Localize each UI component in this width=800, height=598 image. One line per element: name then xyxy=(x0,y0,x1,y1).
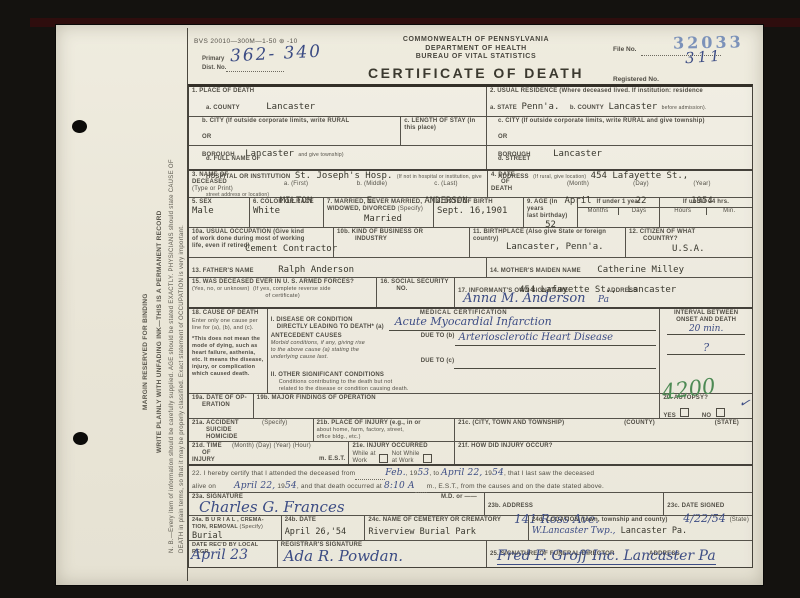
field-ssn: 16. SOCIAL SECURITYNO. xyxy=(376,278,454,307)
field-under-24-hours: If under 24 hrs. Hours Min. xyxy=(659,198,752,227)
row-cause-of-death: 18. CAUSE OF DEATH Enter only one cause … xyxy=(189,307,752,393)
certificate-form: BVS 20010—300M—1-50 ⊛ -10 Primary Dist. … xyxy=(187,28,755,581)
department-line: DEPARTMENT OF HEALTH xyxy=(356,45,596,54)
residence-state-value: Penn'a. xyxy=(521,102,559,112)
bureau-line: BUREAU OF VITAL STATISTICS xyxy=(356,53,596,62)
field-date-of-death: 4. DATEOFDEATH (Month)April (Day)22 (Yea… xyxy=(487,171,752,197)
photographed-death-certificate: MARGIN RESERVED FOR BINDING WRITE PLAINL… xyxy=(0,0,800,598)
field-sex: 5. SEXMale xyxy=(189,198,249,227)
row-parents: 13. FATHER'S NAME Ralph Anderson 14. MOT… xyxy=(189,257,752,277)
field-certify-statement: 22. I hereby certify that I attended the… xyxy=(189,466,752,492)
row-place-residence: 1. PLACE OF DEATH a. COUNTY Lancaster 2.… xyxy=(189,87,752,116)
field-cemetery: 24c. NAME OF CEMETERY OR CREMATORY River… xyxy=(364,516,527,540)
field-cemetery-location: 24d. LOCATION (town, township and county… xyxy=(528,516,752,540)
county-of-death-value: Lancaster xyxy=(266,102,315,112)
margin-write-plainly-note: WRITE PLAINLY WITH UNFADING INK—THIS IS … xyxy=(156,210,164,453)
certificate-paper: MARGIN RESERVED FOR BINDING WRITE PLAINL… xyxy=(56,25,763,585)
primary-dist-number: 362- 340 xyxy=(230,42,323,67)
sex-value: Male xyxy=(192,206,246,216)
field-burial-date: 24b. DATE April 26,'54 xyxy=(281,516,365,540)
field-funeral-director: 25. SIGNATURE OF FUNERAL DIRECTOR ADDRES… xyxy=(486,541,752,567)
occupation-value: Cement Contractor xyxy=(245,244,337,254)
field-place-of-injury: 21b. PLACE OF INJURY (e.g., in orabout h… xyxy=(313,419,455,441)
field-operation-findings: 19b. MAJOR FINDINGS OF OPERATION xyxy=(253,394,660,418)
margin-nb-note-2: DEATH in plain terms, so that it may be … xyxy=(178,225,186,553)
birthplace-value: Lancaster, Penn'a. xyxy=(506,242,604,252)
burial-type-value: Burial xyxy=(192,531,278,541)
field-industry: 10b. KIND OF BUSINESS ORINDUSTRY xyxy=(333,228,469,257)
field-age: 9. AGE (In yearslast birthday) 52 xyxy=(523,198,577,227)
field-physician-signature: 23a. SIGNATURE Charles G. Frances M.D. o… xyxy=(189,493,484,515)
row-hospital-street: d. FULL NAME OFHOSPITAL OR INSTITUTION S… xyxy=(189,145,752,169)
field-city-of-death: b. CITY (If outside corporate limits, wr… xyxy=(189,117,400,145)
field-name-of-deceased: 3. NAME OFDECEASED(Type or Print) a. (Fi… xyxy=(189,171,487,197)
punch-hole-top xyxy=(72,120,87,133)
field-operation-date: 19a. DATE OF OP-ERATION xyxy=(189,394,253,418)
field-cause-notes: 18. CAUSE OF DEATH Enter only one cause … xyxy=(189,309,267,393)
field-color-race: 6. COLOR OR RACEWhite xyxy=(249,198,323,227)
field-informant: 17. INFORMANT'S OWN SIGNATURE ADDRESS 45… xyxy=(454,278,752,307)
field-occupation: 10a. USUAL OCCUPATION (Give kindof work … xyxy=(189,228,333,257)
form-header: COMMONWEALTH OF PENNSYLVANIA DEPARTMENT … xyxy=(356,36,596,82)
margin-nb-note-1: N. B.—Every item of information should b… xyxy=(168,159,176,553)
field-citizenship: 12. CITIZEN OF WHATCOUNTRY? U.S.A. xyxy=(625,228,752,257)
file-no-label: File No. xyxy=(613,46,636,53)
field-medical-certification: MEDICAL CERTIFICATION I. DISEASE OR COND… xyxy=(267,309,660,393)
row-burial: 24a. B U R I A L , CREMA-TION, REMOVAL (… xyxy=(189,515,752,540)
field-time-of-injury: 21d. TIMEOFINJURY (Month) (Day) (Year) (… xyxy=(189,442,348,464)
row-forces-informant: 15. WAS DECEASED EVER IN U. S. ARMED FOR… xyxy=(189,277,752,307)
interval-a-value: 20 min. xyxy=(667,324,745,335)
row-city-length: b. CITY (If outside corporate limits, wr… xyxy=(189,116,752,145)
field-armed-forces: 15. WAS DECEASED EVER IN U. S. ARMED FOR… xyxy=(189,278,376,307)
burial-date-value: April 26,'54 xyxy=(285,527,362,537)
race-value: White xyxy=(253,206,320,216)
file-number-block: File No. 32033 Registered No. 311 xyxy=(613,38,749,86)
field-accident-suicide: 21a. ACCIDENTSUICIDEHOMICIDE (Specify) xyxy=(189,419,313,441)
date-received-value: April 23 xyxy=(191,547,248,563)
mother-name-value: Catherine Milley xyxy=(597,265,684,275)
row-accident-place: 21a. ACCIDENTSUICIDEHOMICIDE (Specify) 2… xyxy=(189,418,752,441)
certificate-title: CERTIFICATE OF DEATH xyxy=(356,64,596,82)
field-under-one-year: If under 1 year Months Days xyxy=(577,198,659,227)
funeral-director-value: Fred F. Groff Inc. Lancaster Pa xyxy=(497,548,716,565)
informant-signature: Anna M. Anderson Pa xyxy=(463,291,609,306)
field-street-address: d. STREETADDRESS (If rural, give locatio… xyxy=(486,146,752,169)
field-residence-city: c. CITY (If outside corporate limits, wr… xyxy=(486,117,752,145)
field-interval: INTERVAL BETWEENONSET AND DEATH 20 min. … xyxy=(659,309,752,393)
field-father-name: 13. FATHER'S NAME Ralph Anderson xyxy=(189,258,486,277)
row-registrar: DATE REC'D BY LOCALREGR. April 23 REGIST… xyxy=(189,540,752,567)
cemetery-location-value: W.Lancaster Twp., Lancaster Pa. xyxy=(532,526,749,536)
field-physician-address: 23b. ADDRESS 141 Ross Ave. xyxy=(484,493,663,515)
field-marital-status: 7. MARRIED, NEVER MARRIED,WIDOWED, DIVOR… xyxy=(323,198,433,227)
cause-b-value: Arteriosclerotic Heart Disease xyxy=(459,332,613,343)
interval-b-value: ? xyxy=(667,341,745,355)
citizenship-value: U.S.A. xyxy=(672,244,705,254)
row-sex-race-age: 5. SEXMale 6. COLOR OR RACEWhite 7. MARR… xyxy=(189,197,752,227)
punch-hole-bottom xyxy=(73,432,88,445)
autopsy-no-mark: ✓ xyxy=(738,395,752,412)
form-table: 1. PLACE OF DEATH a. COUNTY Lancaster 2.… xyxy=(188,84,753,568)
field-place-of-death: 1. PLACE OF DEATH a. COUNTY Lancaster xyxy=(189,87,486,116)
commonwealth-line: COMMONWEALTH OF PENNSYLVANIA xyxy=(356,36,596,45)
field-date-signed: 23c. DATE SIGNED 4/22/54 xyxy=(663,493,752,515)
row-time-injury: 21d. TIMEOFINJURY (Month) (Day) (Year) (… xyxy=(189,441,752,464)
cause-a-value: Acute Myocardial Infarction xyxy=(395,315,552,328)
residence-county-value: Lancaster xyxy=(608,102,657,112)
field-hospital: d. FULL NAME OFHOSPITAL OR INSTITUTION S… xyxy=(189,146,486,169)
marital-value: Married xyxy=(364,214,402,224)
dob-value: Sept. 16,1901 xyxy=(437,206,520,216)
margin-binding-note: MARGIN RESERVED FOR BINDING xyxy=(142,293,150,410)
field-burial-type: 24a. B U R I A L , CREMA-TION, REMOVAL (… xyxy=(189,516,281,540)
field-date-of-birth: 8. DATE OF BIRTHSept. 16,1901 xyxy=(433,198,523,227)
row-physician: 23a. SIGNATURE Charles G. Frances M.D. o… xyxy=(189,492,752,515)
field-usual-residence: 2. USUAL RESIDENCE (Where deceased lived… xyxy=(486,87,752,116)
field-injury-location: 21c. (CITY, TOWN AND TOWNSHIP) (COUNTY) … xyxy=(454,419,752,441)
father-name-value: Ralph Anderson xyxy=(278,265,354,275)
cemetery-value: Riverview Burial Park xyxy=(368,527,524,537)
row-certify: 22. I hereby certify that I attended the… xyxy=(189,464,752,492)
field-mother-name: 14. MOTHER'S MAIDEN NAME Catherine Mille… xyxy=(486,258,752,277)
field-length-of-stay: c. LENGTH OF STAY (In this place) xyxy=(400,117,486,145)
registrar-signature-value: Ada R. Powdan. xyxy=(284,547,403,565)
row-occupation-birthplace: 10a. USUAL OCCUPATION (Give kindof work … xyxy=(189,227,752,257)
row-name-dod: 3. NAME OFDECEASED(Type or Print) a. (Fi… xyxy=(189,169,752,197)
field-injury-occurred: 21e. INJURY OCCURRED While atWork Not Wh… xyxy=(348,442,454,464)
registered-number: 311 xyxy=(684,47,723,68)
field-how-injury: 21f. HOW DID INJURY OCCUR? xyxy=(454,442,752,464)
physician-signature-value: Charles G. Frances xyxy=(199,498,345,516)
field-birthplace: 11. BIRTHPLACE (Also give State or forei… xyxy=(469,228,625,257)
field-date-received: DATE REC'D BY LOCALREGR. April 23 xyxy=(189,541,277,567)
field-registrar-signature: REGISTRAR'S SIGNATURE Ada R. Powdan. xyxy=(277,541,486,567)
registered-no-label: Registered No. xyxy=(613,76,659,83)
